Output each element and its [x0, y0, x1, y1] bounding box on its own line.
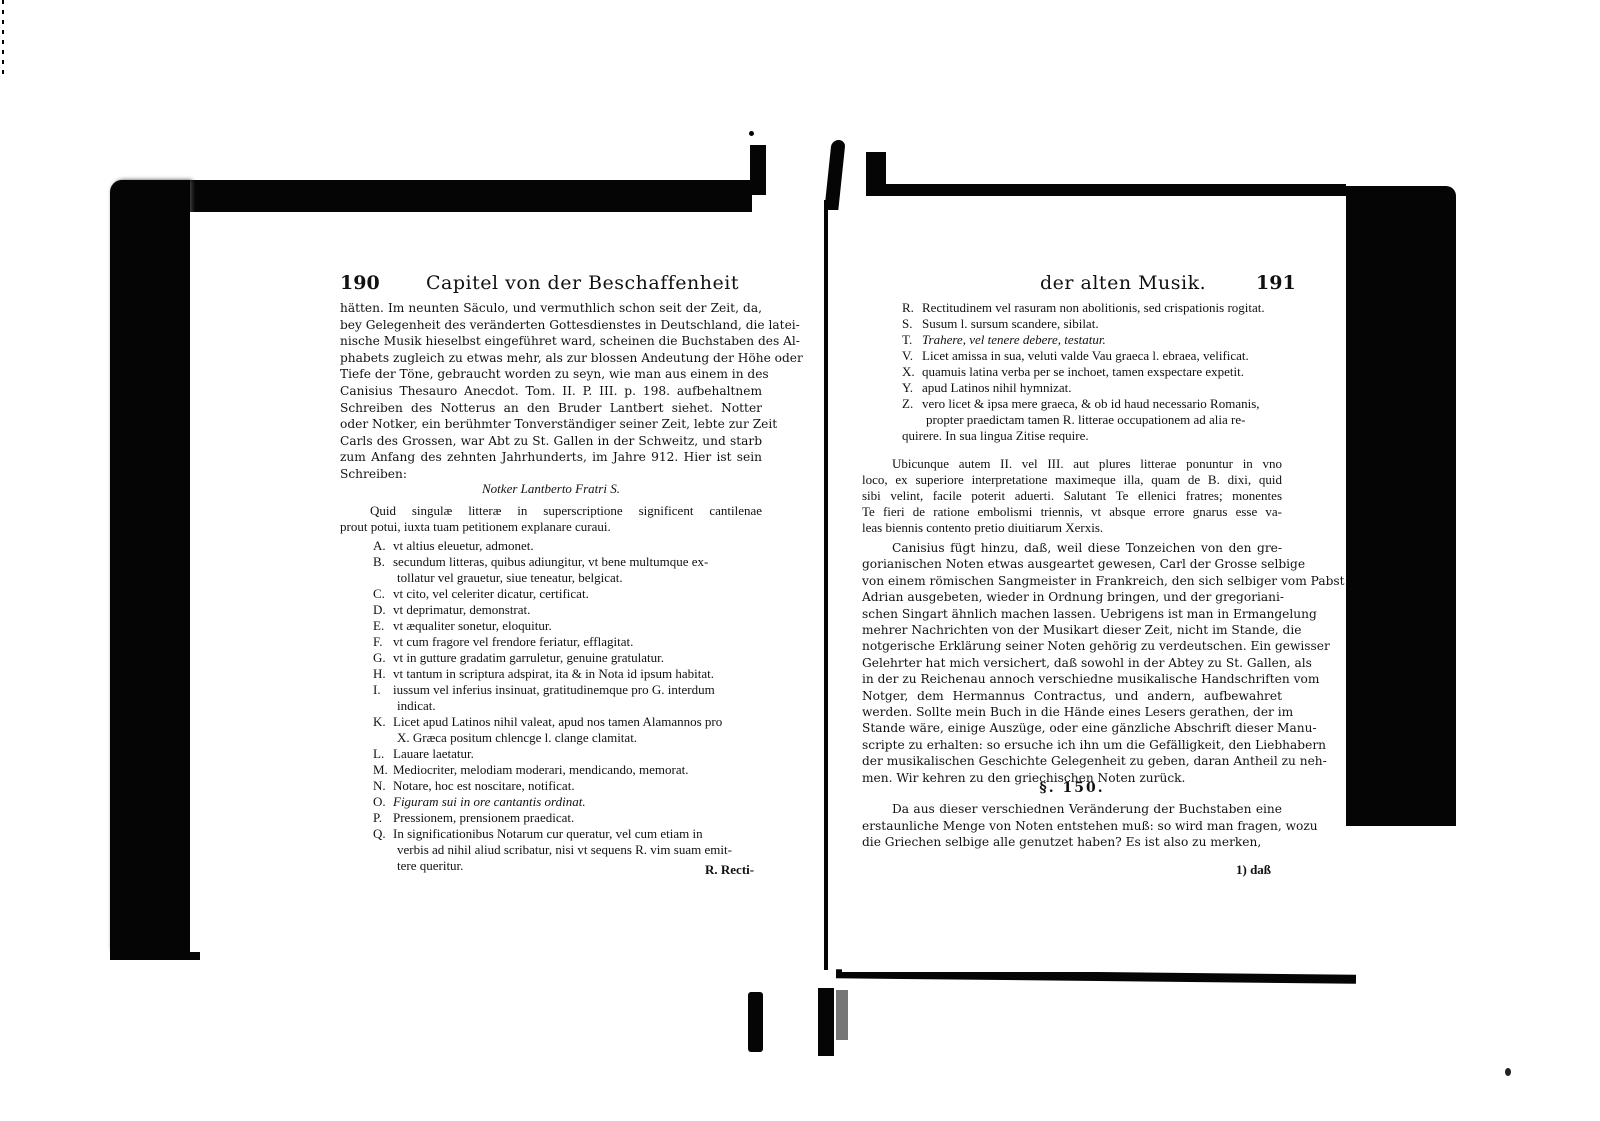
letter-item-l: L.Lauare laetatur.: [373, 746, 765, 762]
letter-item-a: A.vt altius eleuetur, admonet.: [373, 538, 765, 554]
text-line: mehrer Nachrichten von der Musikart dies…: [862, 622, 1282, 638]
text-line: leas biennis contento pretio diuitiarum …: [862, 520, 1282, 536]
right-german-paragraph: Canisius fügt hinzu, daß, weil diese Ton…: [862, 540, 1282, 786]
left-running-head: Capitel von der Beschaffenheit: [426, 272, 739, 294]
letter-items-right: R.Rectitudinem vel rasuram non abolition…: [902, 300, 1282, 428]
text-line: loco, ex superiore interpretatione maxim…: [862, 472, 1282, 488]
text-line: von einem römischen Sangmeister in Frank…: [862, 573, 1282, 589]
text-line: prout potui, iuxta tuam petitionem expla…: [340, 519, 762, 535]
letter-salutation: Notker Lantberto Fratri S.: [340, 481, 762, 497]
left-catchword: R. Recti-: [705, 862, 754, 878]
text-line: scripte zu erhalten: so ersuche ich ihn …: [862, 737, 1282, 753]
text-line: Schreiben des Notterus an den Bruder Lan…: [340, 400, 762, 417]
text-line: erstaunliche Menge von Noten entstehen m…: [862, 818, 1282, 835]
letter-item-n: N.Notare, hoc est noscitare, notificat.: [373, 778, 765, 794]
left-page-bottom-edge: [110, 930, 200, 960]
right-latin-paragraph: Ubicunque autem II. vel III. aut plures …: [862, 456, 1282, 536]
text-line: gorianischen Noten etwas ausgeartet gewe…: [862, 556, 1282, 572]
left-german-paragraph: hätten. Im neunten Säculo, und vermuthli…: [340, 300, 762, 483]
text-line: sibi velint, facile poterit aduerti. Sal…: [862, 488, 1282, 504]
left-page-top-edge: [112, 180, 752, 212]
right-page-outer-edge: [1346, 186, 1456, 826]
letter-item-t: T.Trahere, vel tenere debere, testatur.: [902, 332, 1282, 348]
right-catchword: 1) daß: [1236, 862, 1271, 878]
text-line: bey Gelegenheit des veränderten Gottesdi…: [340, 317, 762, 334]
letter-item-s: S.Susum l. sursum scandere, sibilat.: [902, 316, 1282, 332]
text-line: Te fieri de ratione embolismi triennis, …: [862, 504, 1282, 520]
letter-item-o: O.Figuram sui in ore cantantis ordinat.: [373, 794, 765, 810]
left-page-number: 190: [340, 272, 380, 294]
letter-item-i: I.iussum vel inferius insinuat, gratitud…: [373, 682, 765, 714]
text-line: Quid singulæ litteræ in superscriptione …: [340, 503, 762, 519]
letter-items-left: A.vt altius eleuetur, admonet. B.secundu…: [373, 538, 765, 874]
letter-item-b: B.secundum litteras, quibus adiungitur, …: [373, 554, 765, 586]
letter-item-r: R.Rectitudinem vel rasuram non abolition…: [902, 300, 1282, 316]
spine-speck: [749, 131, 754, 136]
text-line: Da aus dieser verschiednen Veränderung d…: [862, 801, 1282, 818]
letter-item-e: E.vt æqualiter sonetur, eloquitur.: [373, 618, 765, 634]
text-line: zum Anfang des zehnten Jahrhunderts, im …: [340, 449, 762, 466]
text-line: hätten. Im neunten Säculo, und vermuthli…: [340, 300, 762, 317]
bottom-clip-3: [836, 990, 848, 1040]
text-line: die Griechen selbige alle genutzet haben…: [862, 834, 1282, 851]
letter-item-x: X.quamuis latina verba per se inchoet, t…: [902, 364, 1282, 380]
text-line: Carls des Grossen, war Abt zu St. Gallen…: [340, 433, 762, 450]
letter-item-h: H.vt tantum in scriptura adspirat, ita &…: [373, 666, 765, 682]
bottom-clip-1: [748, 992, 763, 1052]
text-line: der musikalischen Geschichte Gelegenheit…: [862, 753, 1282, 769]
text-line: schen Singart ähnlich machen lassen. Ueb…: [862, 606, 1282, 622]
letter-item-z: Z.vero licet & ipsa mere graeca, & ob id…: [902, 396, 1282, 428]
text-line: Tiefe der Töne, gebraucht worden zu seyn…: [340, 366, 762, 383]
scan-edge-mark: [2, 0, 4, 80]
bottom-clip-2: [818, 988, 834, 1056]
text-line: Notger, dem Hermannus Contractus, und an…: [862, 688, 1282, 704]
text-line: nische Musik hieselbst eingeführet ward,…: [340, 333, 762, 350]
text-line: Stande wäre, einige Auszüge, oder eine g…: [862, 720, 1282, 736]
letter-intro: Quid singulæ litteræ in superscriptione …: [340, 503, 762, 535]
text-line: in der zu Reichenau annoch verschiedne m…: [862, 671, 1282, 687]
letter-item-c: C.vt cito, vel celeriter dicatur, certif…: [373, 586, 765, 602]
text-line: Gelehrter hat mich versichert, daß sowoh…: [862, 655, 1282, 671]
book-spine: [824, 200, 828, 970]
letter-item-p: P.Pressionem, prensionem praedicat.: [373, 810, 765, 826]
letter-item-v: V.Licet amissa in sua, veluti valde Vau …: [902, 348, 1282, 364]
text-line: notgerische Erklärung seiner Noten gehör…: [862, 638, 1282, 654]
text-line: phabets zugleich zu etwas mehr, als zur …: [340, 350, 762, 367]
letter-item-g: G.vt in gutture gradatim garruletur, gen…: [373, 650, 765, 666]
right-running-head: der alten Musik.: [1040, 272, 1206, 294]
left-page-outer-edge: [110, 180, 190, 950]
letter-item-k: K.Licet apud Latinos nihil valeat, apud …: [373, 714, 765, 746]
text-line: werden. Sollte mein Buch in die Hände ei…: [862, 704, 1282, 720]
text-line: Adrian ausgebeten, wieder in Ordnung bri…: [862, 589, 1282, 605]
spine-tab-left: [750, 145, 766, 195]
section-paragraph: Da aus dieser verschiednen Veränderung d…: [862, 801, 1282, 851]
text-line: Ubicunque autem II. vel III. aut plures …: [862, 456, 1282, 472]
letter-item-f: F.vt cum fragore vel frendore feriatur, …: [373, 634, 765, 650]
text-line: Canisius fügt hinzu, daß, weil diese Ton…: [862, 540, 1282, 556]
letter-item-y: Y.apud Latinos nihil hymnizat.: [902, 380, 1282, 396]
right-page-number: 191: [1256, 272, 1296, 294]
scan-speck: [1505, 1068, 1511, 1076]
z-continuation: quirere. In sua lingua Zitise require.: [902, 428, 1089, 444]
letter-item-m: M.Mediocriter, melodiam moderari, mendic…: [373, 762, 765, 778]
text-line: oder Notker, ein berühmter Tonverständig…: [340, 416, 762, 433]
text-line: Canisius Thesauro Anecdot. Tom. II. P. I…: [340, 383, 762, 400]
letter-item-d: D.vt deprimatur, demonstrat.: [373, 602, 765, 618]
right-page-top-edge: [866, 184, 1346, 196]
section-heading: §. 150.: [862, 780, 1282, 797]
